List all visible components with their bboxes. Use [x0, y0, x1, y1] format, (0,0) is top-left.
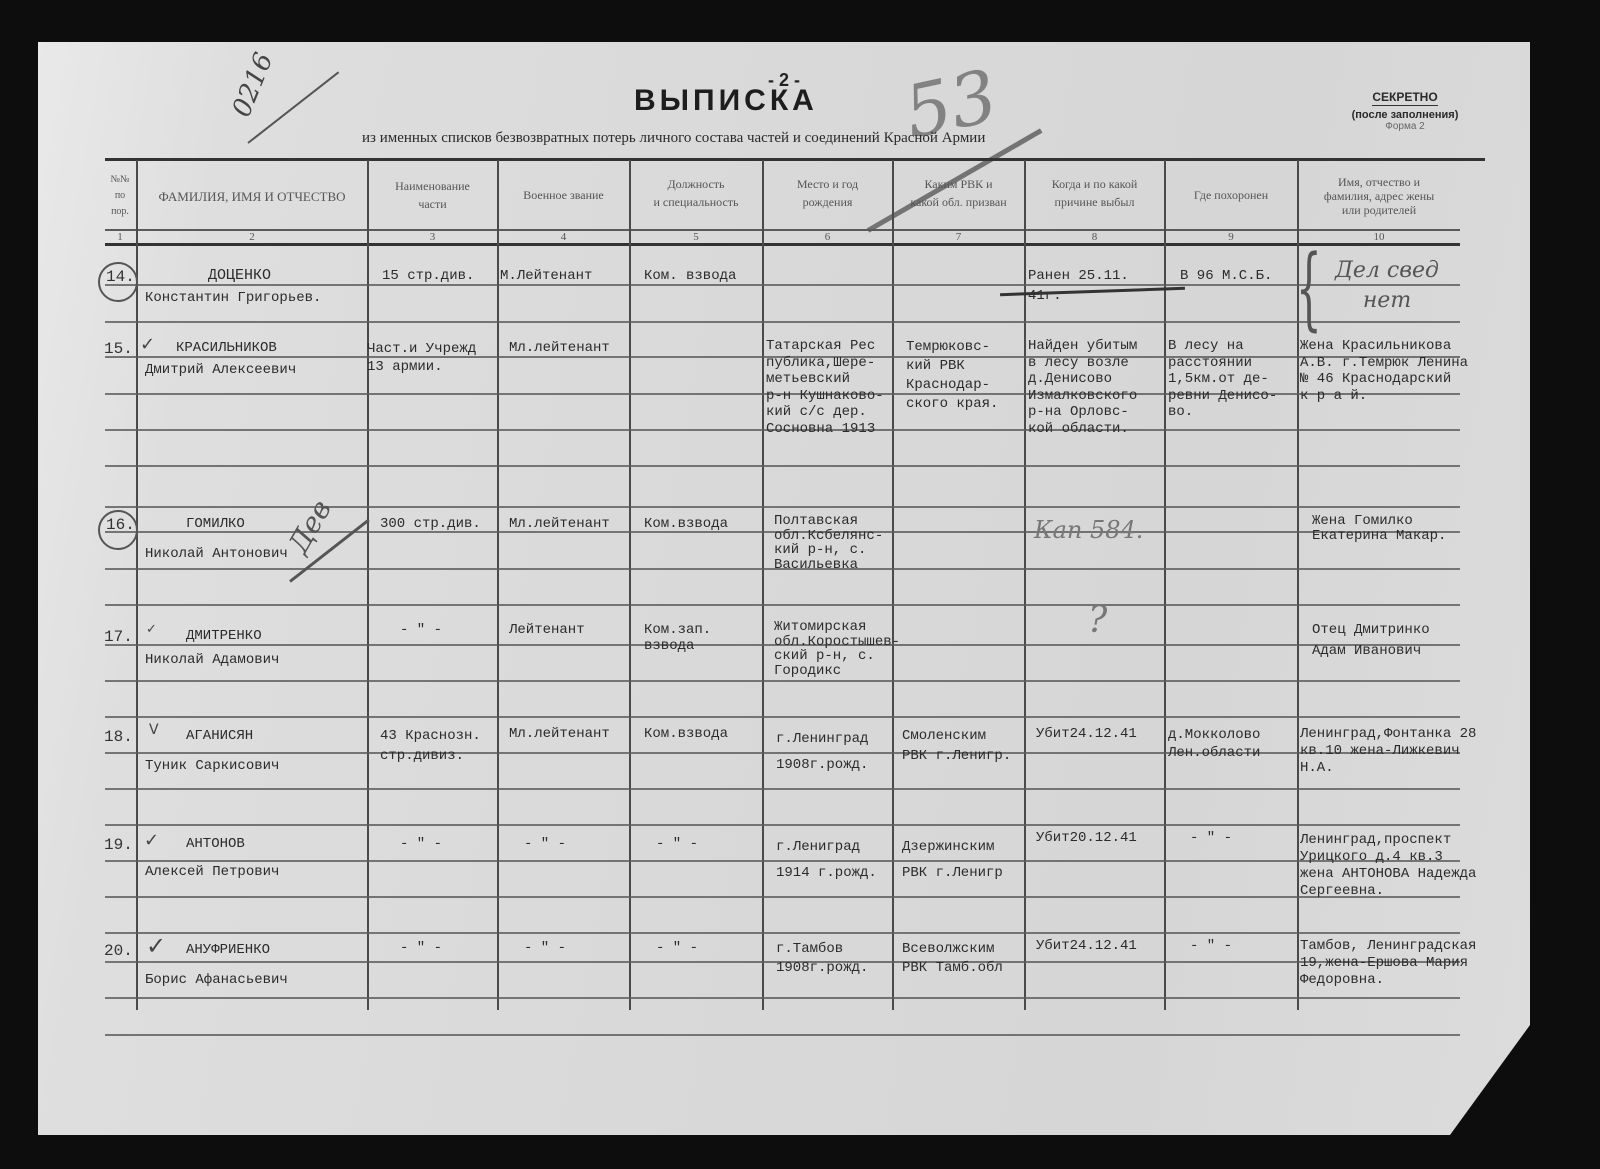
given-names: Туник Саркисович	[145, 758, 279, 774]
relatives: Тамбов, Ленинградская 19,жена-Ершова Мар…	[1300, 938, 1476, 989]
birthplace: г.Ленинград 1908г.рожд.	[776, 726, 868, 778]
reason: Убит20.12.41	[1036, 830, 1137, 846]
surname: АНТОНОВ	[186, 836, 245, 852]
burial-place: В лесу на расстоянии 1,5км.от де- ревни …	[1168, 338, 1277, 421]
header-col-6: Место и год рождения	[764, 175, 891, 211]
given-names: Алексей Петрович	[145, 864, 279, 880]
classification-label: СЕКРЕТНО	[1372, 90, 1437, 106]
col-number: 10	[1299, 231, 1459, 243]
rank: - " -	[524, 836, 566, 852]
given-names: Николай Адамович	[145, 652, 279, 668]
handwritten-note: Дел свед нет	[1322, 256, 1452, 316]
unit: Част.и Учрежд 13 армии.	[367, 340, 476, 376]
birthplace: г.Лениград 1914 г.рожд.	[776, 834, 877, 886]
given-names: Константин Григорьев.	[145, 290, 321, 306]
col-number: 5	[631, 231, 761, 243]
position: Ком.взвода	[644, 516, 728, 532]
header-col-3: Наименование части	[369, 177, 496, 213]
surname: ГОМИЛКО	[186, 516, 245, 532]
draft-office: Смоленским РВК г.Ленигр.	[902, 726, 1011, 766]
classification-block: СЕКРЕТНО (после заполнения) Форма 2	[1330, 88, 1480, 132]
check-mark: ✓	[146, 932, 166, 960]
col-number: 3	[369, 231, 496, 243]
handwritten-note: Кап 584.	[1034, 516, 1143, 544]
birthplace: Житомирская обл.Коростышев- ский р-н, с.…	[774, 620, 900, 678]
col-number: 8	[1026, 231, 1163, 243]
document-title: ВЫПИСКА	[634, 84, 818, 118]
reason: Найден убитым в лесу возле д.Денисово Из…	[1028, 338, 1137, 437]
header-col-2: ФАМИЛИЯ, ИМЯ И ОТЧЕСТВО	[138, 188, 366, 206]
relatives: Отец Дмитринко Адам Иванович	[1312, 620, 1430, 662]
check-mark: ✓	[144, 830, 159, 851]
row-number: 14.	[106, 268, 135, 286]
position: Ком.взвода	[644, 726, 728, 742]
surname: ДОЦЕНКО	[208, 268, 271, 284]
surname: КРАСИЛЬНИКОВ	[176, 340, 277, 356]
given-names: Дмитрий Алексеевич	[145, 362, 296, 378]
col-number: 6	[764, 231, 891, 243]
surname: АНУФРИЕНКО	[186, 942, 270, 958]
classification-note: (после заполнения)	[1330, 109, 1480, 121]
birthplace: Полтавская обл.Ксбелянс- кий р-н, с. Вас…	[774, 514, 883, 572]
row-number: 17.	[104, 628, 133, 646]
check-mark: ✓	[140, 334, 155, 355]
burial-place: В 96 М.С.Б.	[1180, 268, 1272, 284]
torn-corner	[1450, 1025, 1530, 1135]
given-names: Борис Афанасьевич	[145, 972, 288, 988]
brace-mark: {	[1296, 236, 1322, 341]
given-names: Николай Антонович	[145, 546, 288, 562]
rank: М.Лейтенант	[500, 268, 592, 284]
row-number: 16.	[106, 516, 135, 534]
unit: 300 стр.див.	[380, 516, 481, 532]
unit: - " -	[400, 622, 442, 638]
row-number: 15.	[104, 340, 133, 358]
rank: - " -	[524, 940, 566, 956]
rank: Мл.лейтенант	[509, 340, 610, 356]
burial-place: - " -	[1190, 938, 1232, 954]
row-number: 20.	[104, 942, 133, 960]
col-number: 9	[1166, 231, 1296, 243]
unit: 15 стр.див.	[382, 268, 474, 284]
rank: Лейтенант	[509, 622, 585, 638]
handwritten-note: ?	[1088, 600, 1107, 641]
col-number: 1	[105, 231, 135, 243]
draft-office: Дзержинским РВК г.Ленигр	[902, 834, 1003, 886]
burial-place: - " -	[1190, 830, 1232, 846]
document-subtitle: из именных списков безвозвратных потерь …	[362, 130, 985, 147]
row-number: 18.	[104, 728, 133, 746]
birthplace: г.Тамбов 1908г.рожд.	[776, 940, 868, 978]
draft-office: Темрюковс- кий РВК Краснодар- ского края…	[906, 338, 998, 414]
position: - " -	[656, 940, 698, 956]
relatives: Ленинград,Фонтанка 28 кв.10 жена-Лижкеви…	[1300, 726, 1476, 777]
position: - " -	[656, 836, 698, 852]
header-col-9: Где похоронен	[1166, 186, 1296, 204]
draft-office: Всеволжским РВК Тамб.обл	[902, 940, 1003, 978]
position: Ком.зап. взвода	[644, 622, 711, 654]
header-col-7: Каким РВК и какой обл. призван	[894, 175, 1023, 211]
surname: АГАНИСЯН	[186, 728, 253, 744]
reason: Убит24.12.41	[1036, 726, 1137, 742]
reason: Ранен 25.11. 41г.	[1028, 266, 1129, 306]
position: Ком. взвода	[644, 268, 736, 284]
header-col-1: №№ по пор.	[105, 172, 135, 220]
birthplace: Татарская Рес публика,Шере- метьевский р…	[766, 338, 884, 437]
burial-place: д.Мокколово Лен.области	[1168, 726, 1260, 762]
col-number: 2	[138, 231, 366, 243]
surname: ДМИТРЕНКО	[186, 628, 262, 644]
check-mark: ✓	[146, 622, 157, 637]
header-col-10: Имя, отчество и фамилия, адрес жены или …	[1299, 175, 1459, 217]
unit: 43 Краснозн. стр.дивиз.	[380, 726, 481, 766]
col-number: 7	[894, 231, 1023, 243]
row-number: 19.	[104, 836, 133, 854]
rank: Мл.лейтенант	[509, 726, 610, 742]
relatives: Жена Гомилко Екатерина Макар.	[1312, 514, 1446, 544]
header-col-8: Когда и по какой причине выбыл	[1026, 175, 1163, 211]
unit: - " -	[400, 940, 442, 956]
check-mark: V	[149, 722, 159, 738]
form-label: Форма 2	[1330, 121, 1480, 132]
relatives: Ленинград,проспект Урицкого д.4 кв.3 жен…	[1300, 832, 1476, 900]
reason: Убит24.12.41	[1036, 938, 1137, 954]
relatives: Жена Красильникова А.В. г.Темрюк Ленина …	[1300, 338, 1468, 404]
header-col-5: Должность и специальность	[631, 175, 761, 211]
col-number: 4	[499, 231, 628, 243]
rank: Мл.лейтенант	[509, 516, 610, 532]
unit: - " -	[400, 836, 442, 852]
header-col-4: Военное звание	[499, 186, 628, 204]
